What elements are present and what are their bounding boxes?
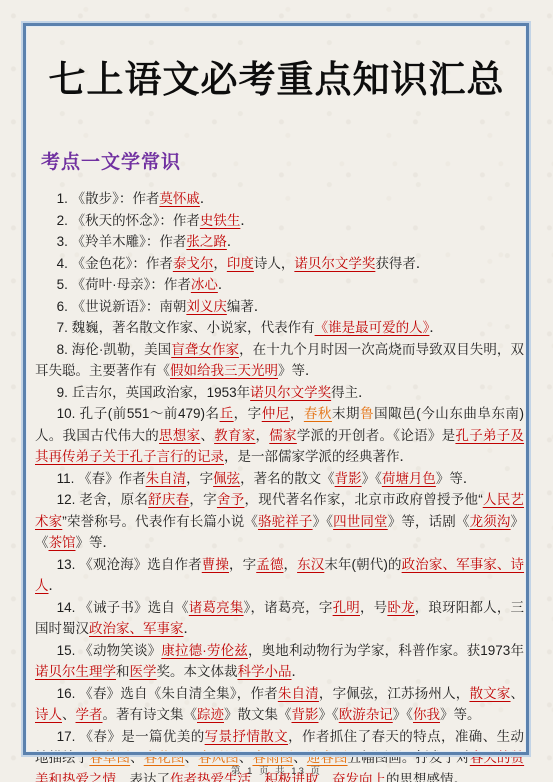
- body-text: 》《: [319, 707, 339, 722]
- highlighted-term: 东汉: [297, 557, 324, 572]
- highlighted-term: 冰心: [191, 277, 218, 292]
- list-item: 7. 魏巍，著名散文作家、小说家，代表作有《谁是最可爱的人》．: [35, 317, 524, 339]
- highlighted-term: 假如给我三天光明: [170, 363, 278, 378]
- body-text: 》等．: [278, 363, 319, 378]
- body-text: 》散文集《: [224, 707, 292, 722]
- body-text: ，字: [189, 492, 217, 507]
- body-text: ，: [283, 557, 297, 572]
- body-text: 获得者．: [375, 256, 429, 271]
- highlighted-term: 史铁生: [200, 213, 241, 228]
- list-item: 15. 《动物笑谈》康拉德·劳伦兹，奥地利动物行为学家，科普作家。获1973年诺…: [35, 640, 524, 683]
- body-text: ，: [255, 428, 269, 443]
- body-text: 6. 《世说新语》：南朝: [57, 299, 187, 314]
- highlighted-term: 张之路: [186, 234, 227, 249]
- body-text: 诗人，: [254, 256, 295, 271]
- body-text: ．: [184, 621, 198, 636]
- highlighted-term: 诺贝尔文学奖: [250, 385, 331, 400]
- highlighted-term: 康拉德·劳伦兹: [161, 643, 248, 658]
- body-text: 10. 孔子(前551～前479)名: [57, 406, 220, 421]
- body-text: 9. 丘吉尔，英国政治家，1953年: [57, 385, 251, 400]
- highlighted-term: 曹操: [202, 557, 229, 572]
- highlighted-term: 教育家: [214, 428, 255, 443]
- list-item: 9. 丘吉尔，英国政治家，1953年诺贝尔文学奖得主．: [35, 382, 524, 404]
- highlighted-term: 鲁: [360, 406, 374, 421]
- body-text: 2. 《秋天的怀念》：作者: [57, 213, 200, 228]
- body-text: ，字佩弦，江苏扬州人，: [319, 686, 470, 701]
- body-text: ”荣誉称号。代表作有长篇小说《: [62, 514, 258, 529]
- body-text: 》，诸葛亮，字: [244, 600, 333, 615]
- body-text: ，著名的散文《: [240, 471, 335, 486]
- highlighted-term: 孔明: [333, 600, 360, 615]
- body-text: 奖。本文体裁: [157, 664, 238, 679]
- list-item: 3. 《羚羊木雕》：作者张之路．: [35, 231, 524, 253]
- body-text: 》《: [393, 707, 413, 722]
- body-text: ，号: [360, 600, 387, 615]
- body-text: 和: [116, 664, 130, 679]
- highlighted-term: 刘义庆: [186, 299, 227, 314]
- body-text: ．: [218, 277, 232, 292]
- highlighted-term: 诺贝尔文学奖: [294, 256, 375, 271]
- highlighted-term: 舒庆春: [148, 492, 189, 507]
- highlighted-term: 莫怀戚: [159, 191, 200, 206]
- body-text: ．: [200, 191, 214, 206]
- highlighted-term: 欧游杂记: [339, 707, 393, 722]
- highlighted-term: 《谁是最可爱的人》: [315, 320, 430, 335]
- body-text: 17. 《春》是一篇优美的: [57, 729, 205, 744]
- highlighted-term: 学者: [76, 707, 103, 722]
- page-title: 七上语文必考重点知识汇总: [0, 0, 553, 103]
- highlighted-term: 背影: [335, 471, 362, 486]
- body-text: 》《: [313, 514, 334, 529]
- body-text: 》等。: [440, 707, 481, 722]
- body-text: 4. 《金色花》：作者: [57, 256, 173, 271]
- highlighted-term: 茶馆: [49, 535, 76, 550]
- body-text: 。著有诗文集《: [103, 707, 198, 722]
- highlighted-term: 孟德: [256, 557, 283, 572]
- list-item: 14. 《诫子书》选自《诸葛亮集》，诸葛亮，字孔明，号卧龙，琅玡阳都人，三国时蜀…: [35, 597, 524, 640]
- list-item: 1. 《散步》：作者莫怀戚．: [35, 188, 524, 210]
- highlighted-term: 诺贝尔生理学: [35, 664, 116, 679]
- body-text: 》等．: [76, 535, 117, 550]
- body-text: 7. 魏巍，著名散文作家、小说家，代表作有: [57, 320, 315, 335]
- highlighted-term: 你我: [413, 707, 440, 722]
- body-text: ．: [429, 320, 443, 335]
- highlighted-term: 春秋: [304, 406, 332, 421]
- body-text: ．: [240, 213, 254, 228]
- body-text: 13. 《观沧海》选自作者: [57, 557, 202, 572]
- highlighted-term: 仲尼: [262, 406, 290, 421]
- highlighted-term: 朱自清: [146, 471, 187, 486]
- body-text: ，是一部儒家学派的经典著作．: [224, 449, 413, 464]
- highlighted-term: 儒家: [269, 428, 297, 443]
- highlighted-term: 背影: [292, 707, 319, 722]
- body-text: ．: [227, 234, 241, 249]
- highlighted-term: 思想家: [159, 428, 200, 443]
- body-text: 15. 《动物笑谈》: [57, 643, 162, 658]
- body-text: 》等，话剧《: [388, 514, 470, 529]
- body-text: 11. 《春》作者: [57, 471, 146, 486]
- section-heading: 考点一文学常识: [41, 147, 553, 174]
- list-item: 5. 《荷叶·母亲》：作者冰心．: [35, 274, 524, 296]
- highlighted-term: 朱自清: [278, 686, 319, 701]
- highlighted-term: 诸葛亮集: [189, 600, 244, 615]
- highlighted-term: 政治家、军事家: [89, 621, 184, 636]
- list-item: 10. 孔子(前551～前479)名丘，字仲尼，春秋末期鲁国陬邑(今山东曲阜东南…: [35, 403, 524, 468]
- highlighted-term: 散文家: [469, 686, 510, 701]
- highlighted-term: 踪迹: [197, 707, 224, 722]
- body-text: 》《: [362, 471, 382, 486]
- body-text: 末年(朝代)的: [324, 557, 401, 572]
- body-text: 》等．: [436, 471, 477, 486]
- body-text: 8. 海伦·凯勒，美国: [57, 342, 172, 357]
- highlighted-term: 丘: [220, 406, 234, 421]
- body-text: ．: [49, 578, 63, 593]
- list-item: 2. 《秋天的怀念》：作者史铁生．: [35, 210, 524, 232]
- highlighted-term: 卧龙: [387, 600, 414, 615]
- body-text: 5. 《荷叶·母亲》：作者: [57, 277, 191, 292]
- body-text: 16. 《春》选自《朱自清全集》，作者: [57, 686, 278, 701]
- body-text: 得主．: [331, 385, 372, 400]
- body-text: 14. 《诫子书》选自《: [57, 600, 189, 615]
- highlighted-term: 科学小品: [238, 664, 292, 679]
- highlighted-term: 荷塘月色: [382, 471, 436, 486]
- body-text: 、: [200, 428, 214, 443]
- highlighted-term: 印度: [227, 256, 254, 271]
- highlighted-term: 医学: [130, 664, 157, 679]
- highlighted-term: 写景抒情散文: [205, 729, 288, 744]
- list-item: 6. 《世说新语》：南朝刘义庆编著．: [35, 296, 524, 318]
- body-text: ，字: [229, 557, 256, 572]
- body-text: 12. 老舍，原名: [57, 492, 149, 507]
- list-item: 12. 老舍，原名舒庆春，字舍予，现代著名作家，北京市政府曾授予他“人民艺术家”…: [35, 489, 524, 554]
- body-text: ，: [290, 406, 304, 421]
- page-number: 第 1 页 共 13 页: [0, 763, 553, 777]
- body-text: ．: [292, 664, 306, 679]
- body-text: 1. 《散步》：作者: [57, 191, 160, 206]
- body-text: 学派的开创者。《论语》是: [297, 428, 456, 443]
- highlighted-term: 骆驼祥子: [258, 514, 313, 529]
- highlighted-term: 诗人: [35, 707, 62, 722]
- highlighted-term: 泰戈尔: [173, 256, 214, 271]
- list-item: 11. 《春》作者朱自清，字佩弦，著名的散文《背影》《荷塘月色》等．: [35, 468, 524, 490]
- list-item: 16. 《春》选自《朱自清全集》，作者朱自清，字佩弦，江苏扬州人，散文家、诗人、…: [35, 683, 524, 726]
- body-text: ，现代著名作家，北京市政府曾授予他“: [244, 492, 482, 507]
- knowledge-list: 1. 《散步》：作者莫怀戚．2. 《秋天的怀念》：作者史铁生．3. 《羚羊木雕》…: [35, 188, 524, 782]
- body-text: 、: [62, 707, 76, 722]
- body-text: 、: [511, 686, 525, 701]
- list-item: 4. 《金色花》：作者泰戈尔，印度诗人，诺贝尔文学奖获得者．: [35, 253, 524, 275]
- highlighted-term: 龙须沟: [470, 514, 511, 529]
- body-text: ，字: [234, 406, 262, 421]
- list-item: 13. 《观沧海》选自作者曹操，字孟德，东汉末年(朝代)的政治家、军事家、诗人．: [35, 554, 524, 597]
- body-text: 末期: [332, 406, 360, 421]
- list-item: 8. 海伦·凯勒，美国盲聋女作家，在十九个月时因一次高烧而导致双目失明，双耳失聪…: [35, 339, 524, 382]
- body-text: ，字: [186, 471, 213, 486]
- body-text: ，奥地利动物行为学家，科普作家。获1973年: [248, 643, 524, 658]
- highlighted-term: 四世同堂: [333, 514, 388, 529]
- highlighted-term: 佩弦: [213, 471, 240, 486]
- body-text: ，: [213, 256, 227, 271]
- body-text: 编著．: [227, 299, 268, 314]
- highlighted-term: 盲聋女作家: [171, 342, 239, 357]
- body-text: 3. 《羚羊木雕》：作者: [57, 234, 187, 249]
- highlighted-term: 舍予: [217, 492, 245, 507]
